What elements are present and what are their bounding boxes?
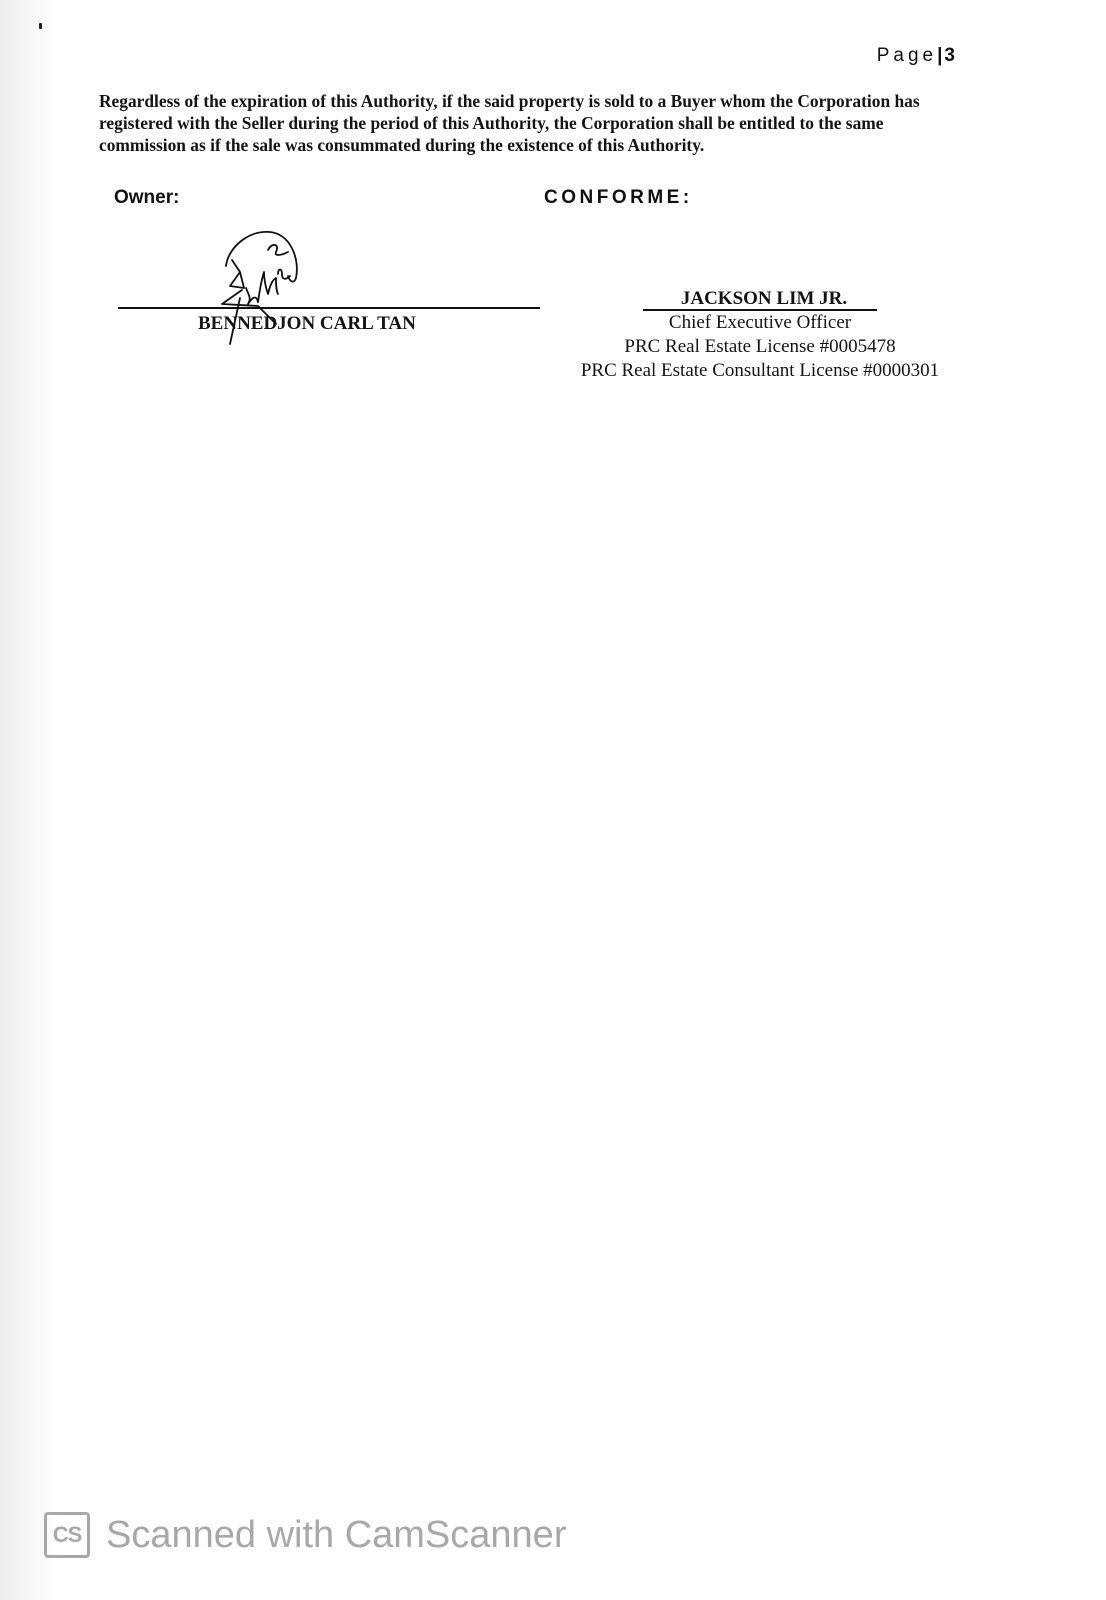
owner-label: Owner: [114, 187, 179, 209]
scan-artifact [39, 23, 42, 29]
real-estate-license: PRC Real Estate License #0005478 [560, 335, 960, 359]
ceo-title: Chief Executive Officer [560, 311, 960, 335]
conforme-signatory-block: JACKSON LIM JR. Chief Executive Officer … [560, 287, 960, 383]
owner-name: BENNEDJON CARL TAN [198, 313, 416, 335]
authority-clause-paragraph: Regardless of the expiration of this Aut… [99, 90, 959, 156]
page-number: Page|3 [877, 45, 955, 67]
page-label: Page [877, 45, 937, 66]
watermark-text: Scanned with CamScanner [106, 1514, 566, 1557]
ceo-name: JACKSON LIM JR. [643, 289, 877, 311]
page-number-value: 3 [944, 45, 955, 66]
camscanner-watermark: CS Scanned with CamScanner [44, 1512, 566, 1558]
camscanner-logo-icon: CS [44, 1512, 90, 1558]
owner-signature-line [118, 307, 540, 309]
consultant-license: PRC Real Estate Consultant License #0000… [560, 359, 960, 383]
conforme-label: CONFORME: [544, 187, 693, 209]
scan-page-edge-shadow [0, 0, 60, 1600]
